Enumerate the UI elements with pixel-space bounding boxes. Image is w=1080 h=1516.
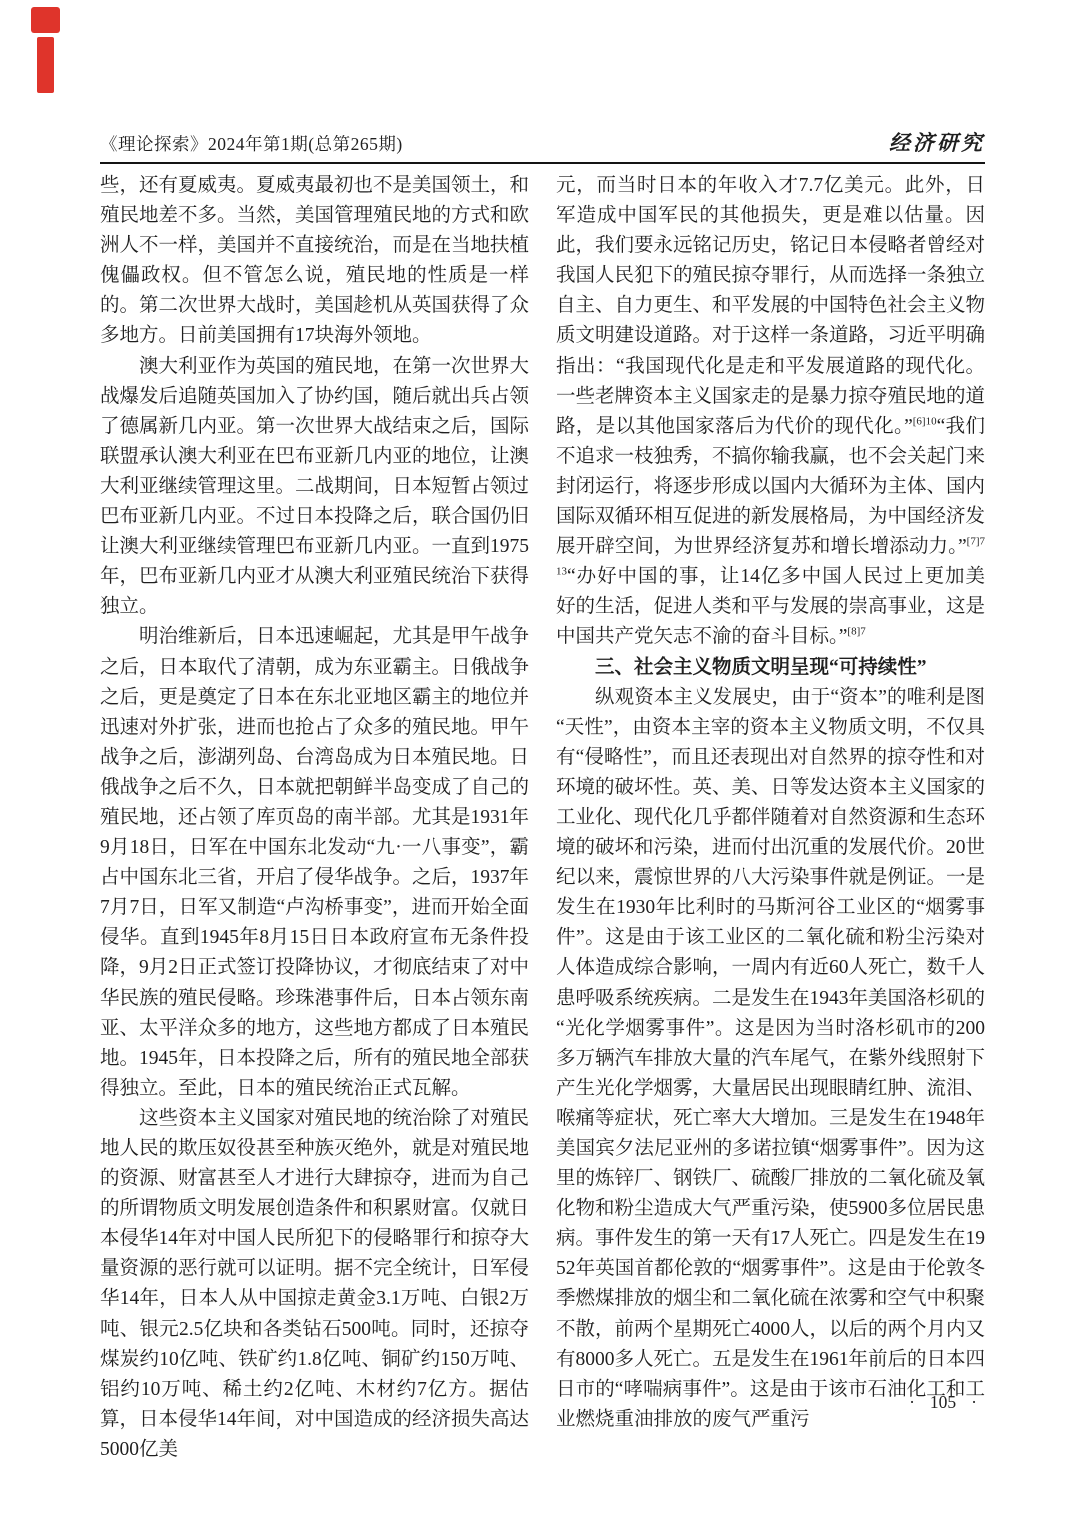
paragraph-text: 元，而当时日本的年收入才7.7亿美元。此外，日军造成中国军民的其他损失，更是难以… xyxy=(556,175,985,437)
paragraph: 元，而当时日本的年收入才7.7亿美元。此外，日军造成中国军民的其他损失，更是难以… xyxy=(556,171,985,653)
paragraph-text: 纵观资本主义发展史，由于“资本”的唯利是图“天性”，由资本主宰的资本主义物质文明… xyxy=(556,687,985,1430)
red-stamp-square xyxy=(31,7,60,33)
header-rule xyxy=(100,162,985,164)
citation-ref: [6]10 xyxy=(913,415,937,427)
right-column: 元，而当时日本的年收入才7.7亿美元。此外，日军造成中国军民的其他损失，更是难以… xyxy=(556,171,985,1465)
paragraph: 明治维新后，日本迅速崛起，尤其是甲午战争之后，日本取代了清朝，成为东亚霸主。日俄… xyxy=(100,622,529,1104)
page-header: 《理论探索》2024年第1期(总第265期) 经济研究 xyxy=(100,127,985,157)
paragraph-text: 这些资本主义国家对殖民地的统治除了对殖民地人民的欺压奴役甚至种族灭绝外，就是对殖… xyxy=(100,1108,529,1460)
article-body: 些，还有夏威夷。夏威夷最初也不是美国领土，和殖民地差不多。当然，美国管理殖民地的… xyxy=(100,171,985,1465)
red-stamp-bar xyxy=(37,37,54,93)
journal-issue-info: 《理论探索》2024年第1期(总第265期) xyxy=(100,131,403,156)
footer-dot-left: · xyxy=(909,1392,915,1413)
section-label: 经济研究 xyxy=(889,127,985,157)
paragraph: 些，还有夏威夷。夏威夷最初也不是美国领土，和殖民地差不多。当然，美国管理殖民地的… xyxy=(100,171,529,352)
page-footer: · 105 · xyxy=(909,1392,977,1413)
page-number: 105 xyxy=(930,1392,956,1413)
paragraph-text: 澳大利亚作为英国的殖民地，在第一次世界大战爆发后追随英国加入了协约国，随后就出兵… xyxy=(100,356,529,618)
paragraph: 纵观资本主义发展史，由于“资本”的唯利是图“天性”，由资本主宰的资本主义物质文明… xyxy=(556,683,985,1435)
section-heading: 三、社会主义物质文明呈现“可持续性” xyxy=(556,653,985,683)
citation-ref: [8]7 xyxy=(847,626,865,638)
journal-page: 《理论探索》2024年第1期(总第265期) 经济研究 些，还有夏威夷。夏威夷最… xyxy=(0,0,1080,1516)
footer-dot-right: · xyxy=(971,1392,977,1413)
paragraph: 澳大利亚作为英国的殖民地，在第一次世界大战爆发后追随英国加入了协约国，随后就出兵… xyxy=(100,352,529,623)
left-column: 些，还有夏威夷。夏威夷最初也不是美国领土，和殖民地差不多。当然，美国管理殖民地的… xyxy=(100,171,529,1465)
paragraph-text: 些，还有夏威夷。夏威夷最初也不是美国领土，和殖民地差不多。当然，美国管理殖民地的… xyxy=(100,175,529,346)
paragraph-text: “办好中国的事，让14亿多中国人民过上更加美好的生活，促进人类和平与发展的崇高事… xyxy=(556,566,985,647)
paragraph-text: 明治维新后，日本迅速崛起，尤其是甲午战争之后，日本取代了清朝，成为东亚霸主。日俄… xyxy=(100,626,529,1098)
paragraph-text: 三、社会主义物质文明呈现“可持续性” xyxy=(595,657,927,678)
paragraph: 这些资本主义国家对殖民地的统治除了对殖民地人民的欺压奴役甚至种族灭绝外，就是对殖… xyxy=(100,1104,529,1465)
